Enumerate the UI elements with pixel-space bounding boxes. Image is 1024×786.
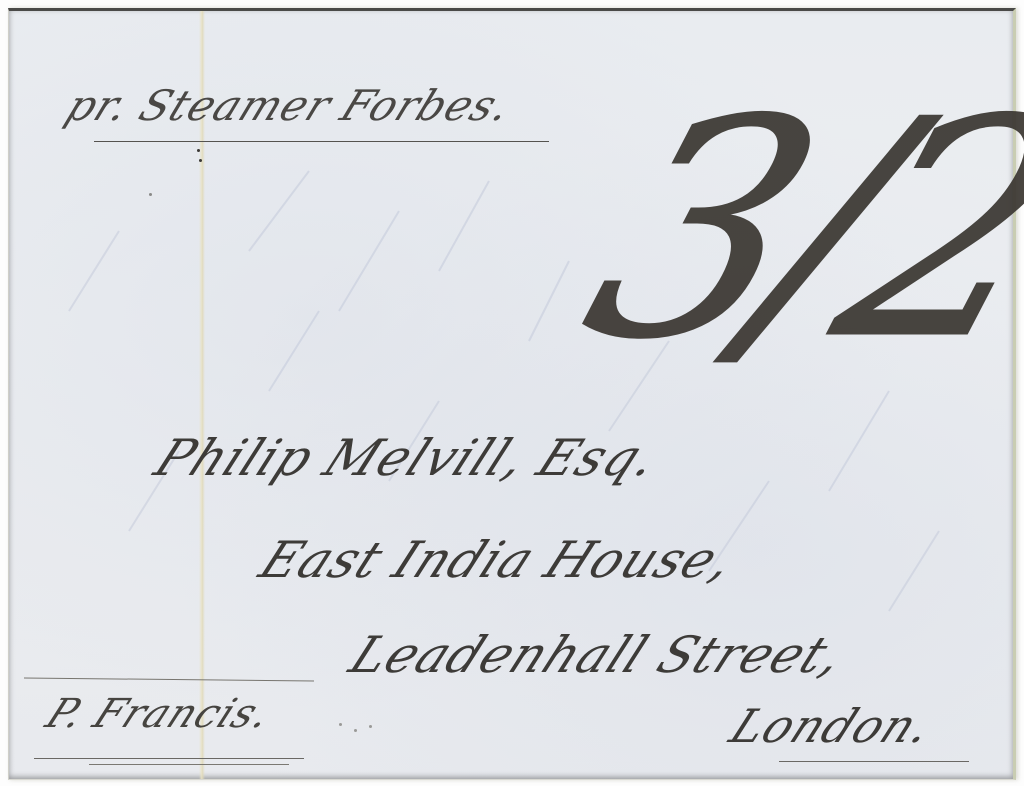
addressee-name: Philip Melvill, Esq. (146, 429, 668, 487)
ink-speck (369, 725, 372, 728)
endorsement-underline (94, 141, 549, 142)
endorsement-text: pr. Steamer Forbes. (59, 81, 519, 130)
ink-speck (339, 723, 342, 726)
ink-speck (354, 729, 357, 732)
sender-underline-1 (34, 758, 304, 759)
sender-top-rule (24, 677, 314, 681)
ink-speck (199, 159, 202, 162)
ink-speck (149, 193, 152, 196)
letter-sheet: pr. Steamer Forbes. 3/2 Philip Melvill, … (8, 8, 1016, 780)
address-city: London. (722, 699, 942, 753)
sender-underline-2 (89, 764, 289, 765)
scan-background: pr. Steamer Forbes. 3/2 Philip Melvill, … (0, 0, 1024, 786)
ink-speck (197, 149, 200, 152)
city-underline (779, 761, 969, 762)
address-line-1: East India House, (251, 531, 744, 589)
postage-rate-mark: 3/2 (560, 81, 1024, 381)
address-line-2: Leadenhall Street, (341, 626, 855, 684)
sender-mark: P. Francis. (39, 691, 280, 737)
